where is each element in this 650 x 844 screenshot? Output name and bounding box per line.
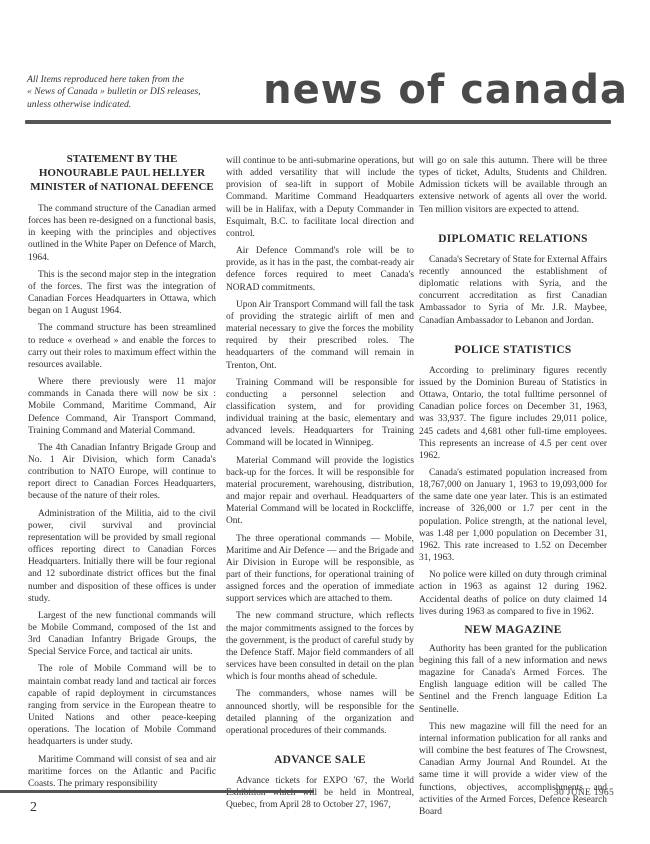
paragraph: Where there previously were 11 major com…	[28, 376, 216, 437]
source-note-line: All Items reproduced here taken from the	[27, 74, 217, 86]
source-note-line: unless otherwise indicated.	[27, 99, 217, 111]
paragraph: Authority has been granted for the publi…	[419, 643, 607, 716]
issue-date: 30 JUNE 1965	[554, 788, 614, 798]
paragraph: Training Command will be responsible for…	[226, 377, 414, 450]
paragraph: This new magazine will fill the need for…	[419, 721, 607, 818]
page-number: 2	[30, 800, 37, 816]
masthead-title: news of canada	[263, 68, 628, 112]
statement-headline: STATEMENT BY THE HONOURABLE PAUL HELLYER…	[28, 152, 216, 194]
advance-sale-headline: ADVANCE SALE	[226, 753, 414, 767]
paragraph: Air Defence Command's role will be to pr…	[226, 245, 414, 294]
paragraph: Material Command will provide the logist…	[226, 455, 414, 528]
paragraph: Administration of the Militia, aid to th…	[28, 508, 216, 605]
paragraph: The commanders, whose names will be anno…	[226, 688, 414, 737]
paragraph: This is the second major step in the int…	[28, 269, 216, 318]
headline-line: MINISTER of NATIONAL DEFENCE	[28, 180, 216, 194]
column-2: will continue to be anti-submarine opera…	[226, 155, 414, 817]
column-1: STATEMENT BY THE HONOURABLE PAUL HELLYER…	[28, 152, 216, 795]
footer-rule	[0, 790, 314, 793]
paragraph: Largest of the new functional commands w…	[28, 610, 216, 659]
paragraph: Canada's estimated population increased …	[419, 467, 607, 564]
headline-line: STATEMENT BY THE	[28, 152, 216, 166]
paragraph: Maritime Command will consist of sea and…	[28, 754, 216, 790]
header-rule	[25, 120, 611, 124]
paragraph: According to preliminary figures recentl…	[419, 365, 607, 462]
police-headline: POLICE STATISTICS	[419, 343, 607, 357]
paragraph: No police were killed on duty through cr…	[419, 569, 607, 618]
paragraph: The role of Mobile Command will be to ma…	[28, 663, 216, 748]
headline-line: HONOURABLE PAUL HELLYER	[28, 166, 216, 180]
magazine-headline: NEW MAGAZINE	[419, 623, 607, 637]
paragraph: The new command structure, which reflect…	[226, 610, 414, 683]
diplomatic-headline: DIPLOMATIC RELATIONS	[419, 232, 607, 246]
paragraph: The three operational commands — Mobile,…	[226, 533, 414, 606]
paragraph: The 4th Canadian Infantry Brigade Group …	[28, 442, 216, 503]
paragraph: Advance tickets for EXPO '67, the World …	[226, 775, 414, 811]
source-note: All Items reproduced here taken from the…	[27, 74, 217, 111]
paragraph: Upon Air Transport Command will fall the…	[226, 299, 414, 372]
paragraph: The command structure of the Canadian ar…	[28, 203, 216, 264]
paragraph: will go on sale this autumn. There will …	[419, 155, 607, 216]
paragraph: The command structure has been streamlin…	[28, 322, 216, 371]
paragraph: Canada's Secretary of State for External…	[419, 254, 607, 327]
column-3: will go on sale this autumn. There will …	[419, 155, 607, 823]
paragraph: will continue to be anti-submarine opera…	[226, 155, 414, 240]
source-note-line: « News of Canada » bulletin or DIS relea…	[27, 86, 217, 98]
